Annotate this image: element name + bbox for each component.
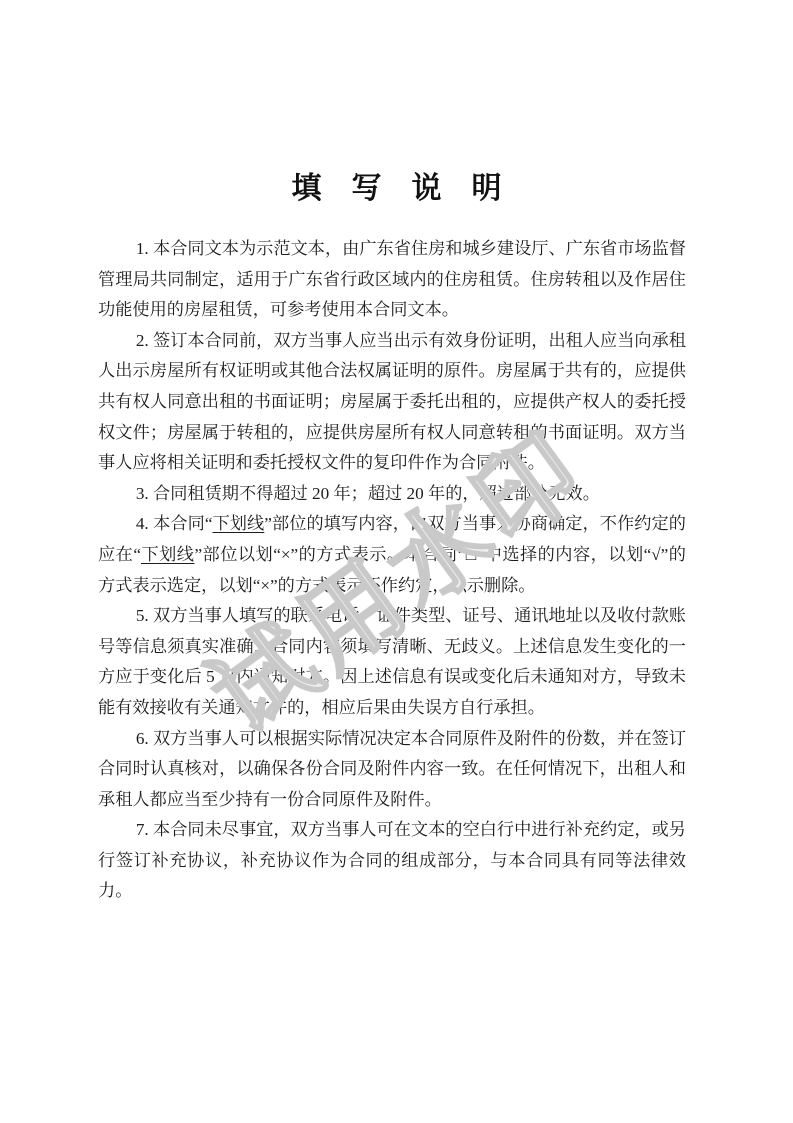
paragraph-text: 5. 双方当事人填写的联系电话、证件类型、证号、通讯地址以及收付款账号等信息须真…: [98, 606, 686, 717]
paragraph-text: 1. 本合同文本为示范文本，由广东省住房和城乡建设厅、广东省市场监督管理局共同制…: [98, 239, 686, 319]
underlined-text: 下划线: [212, 514, 264, 533]
paragraph-text: 3. 合同租赁期不得超过 20 年；超过 20 年的，超过部分无效。: [136, 484, 600, 503]
paragraph-text: 4. 本合同“: [136, 514, 213, 533]
instruction-paragraph: 5. 双方当事人填写的联系电话、证件类型、证号、通讯地址以及收付款账号等信息须真…: [98, 601, 686, 723]
instructions-body: 1. 本合同文本为示范文本，由广东省住房和城乡建设厅、广东省市场监督管理局共同制…: [98, 234, 686, 907]
paragraph-text: 2. 签订本合同前，双方当事人应当出示有效身份证明，出租人应当向承租人出示房屋所…: [98, 331, 686, 472]
paragraph-text: 6. 双方当事人可以根据实际情况决定本合同原件及附件的份数，并在签订合同时认真核…: [98, 729, 686, 809]
instruction-paragraph: 7. 本合同未尽事宜，双方当事人可在文本的空白行中进行补充约定，或另行签订补充协…: [98, 815, 686, 907]
instruction-paragraph: 6. 双方当事人可以根据实际情况决定本合同原件及附件的份数，并在签订合同时认真核…: [98, 724, 686, 816]
instruction-paragraph: 3. 合同租赁期不得超过 20 年；超过 20 年的，超过部分无效。: [98, 479, 686, 510]
page-title: 填 写 说 明: [0, 163, 793, 207]
instruction-paragraph: 1. 本合同文本为示范文本，由广东省住房和城乡建设厅、广东省市场监督管理局共同制…: [98, 234, 686, 326]
instruction-paragraph: 4. 本合同“下划线”部位的填写内容，由双方当事人协商确定，不作约定的应在“下划…: [98, 509, 686, 601]
underlined-text: 下划线: [141, 545, 194, 564]
paragraph-text: 7. 本合同未尽事宜，双方当事人可在文本的空白行中进行补充约定，或另行签订补充协…: [98, 820, 686, 900]
instruction-paragraph: 2. 签订本合同前，双方当事人应当出示有效身份证明，出租人应当向承租人出示房屋所…: [98, 326, 686, 479]
document-page: 填 写 说 明 1. 本合同文本为示范文本，由广东省住房和城乡建设厅、广东省市场…: [0, 0, 793, 1123]
